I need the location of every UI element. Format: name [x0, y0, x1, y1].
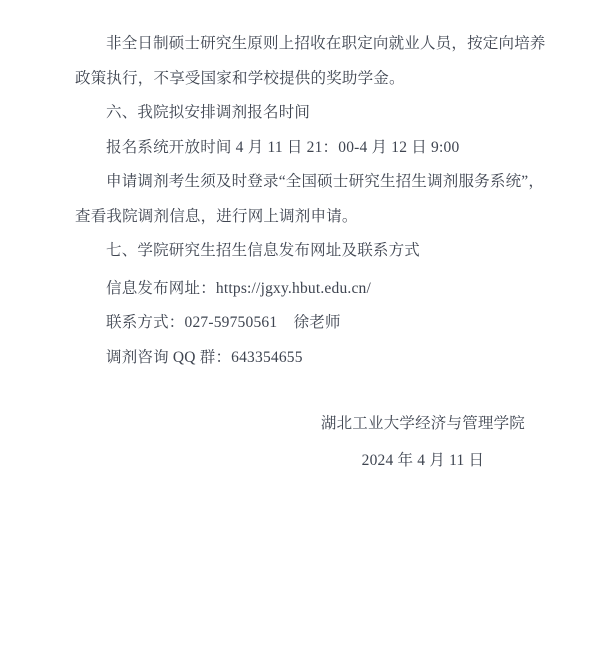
signature-block: 湖北工业大学经济与管理学院 2024 年 4 月 11 日	[321, 405, 525, 479]
info-website-line: 信息发布网址：https://jgxy.hbut.edu.cn/	[75, 272, 541, 307]
policy-paragraph-line2: 政策执行，不享受国家和学校提供的奖助学金。	[75, 62, 541, 97]
section-seven-heading: 七、学院研究生招生信息发布网址及联系方式	[75, 234, 541, 269]
contact-phone-line: 联系方式：027-59750561 徐老师	[75, 306, 541, 341]
registration-time-line: 报名系统开放时间 4 月 11 日 21：00-4 月 12 日 9:00	[75, 131, 541, 166]
document-page: 非全日制硕士研究生原则上招收在职定向就业人员，按定向培养 政策执行，不享受国家和…	[0, 0, 613, 658]
policy-paragraph-line1: 非全日制硕士研究生原则上招收在职定向就业人员，按定向培养	[75, 27, 541, 62]
signature-organization: 湖北工业大学经济与管理学院	[321, 405, 525, 442]
section-six-heading: 六、我院拟安排调剂报名时间	[75, 96, 541, 131]
apply-paragraph-line2: 查看我院调剂信息，进行网上调剂申请。	[75, 200, 541, 235]
signature-date: 2024 年 4 月 11 日	[321, 442, 525, 479]
apply-paragraph-line1: 申请调剂考生须及时登录“全国硕士研究生招生调剂服务系统”，	[75, 165, 541, 200]
qq-group-line: 调剂咨询 QQ 群：643354655	[75, 341, 541, 376]
